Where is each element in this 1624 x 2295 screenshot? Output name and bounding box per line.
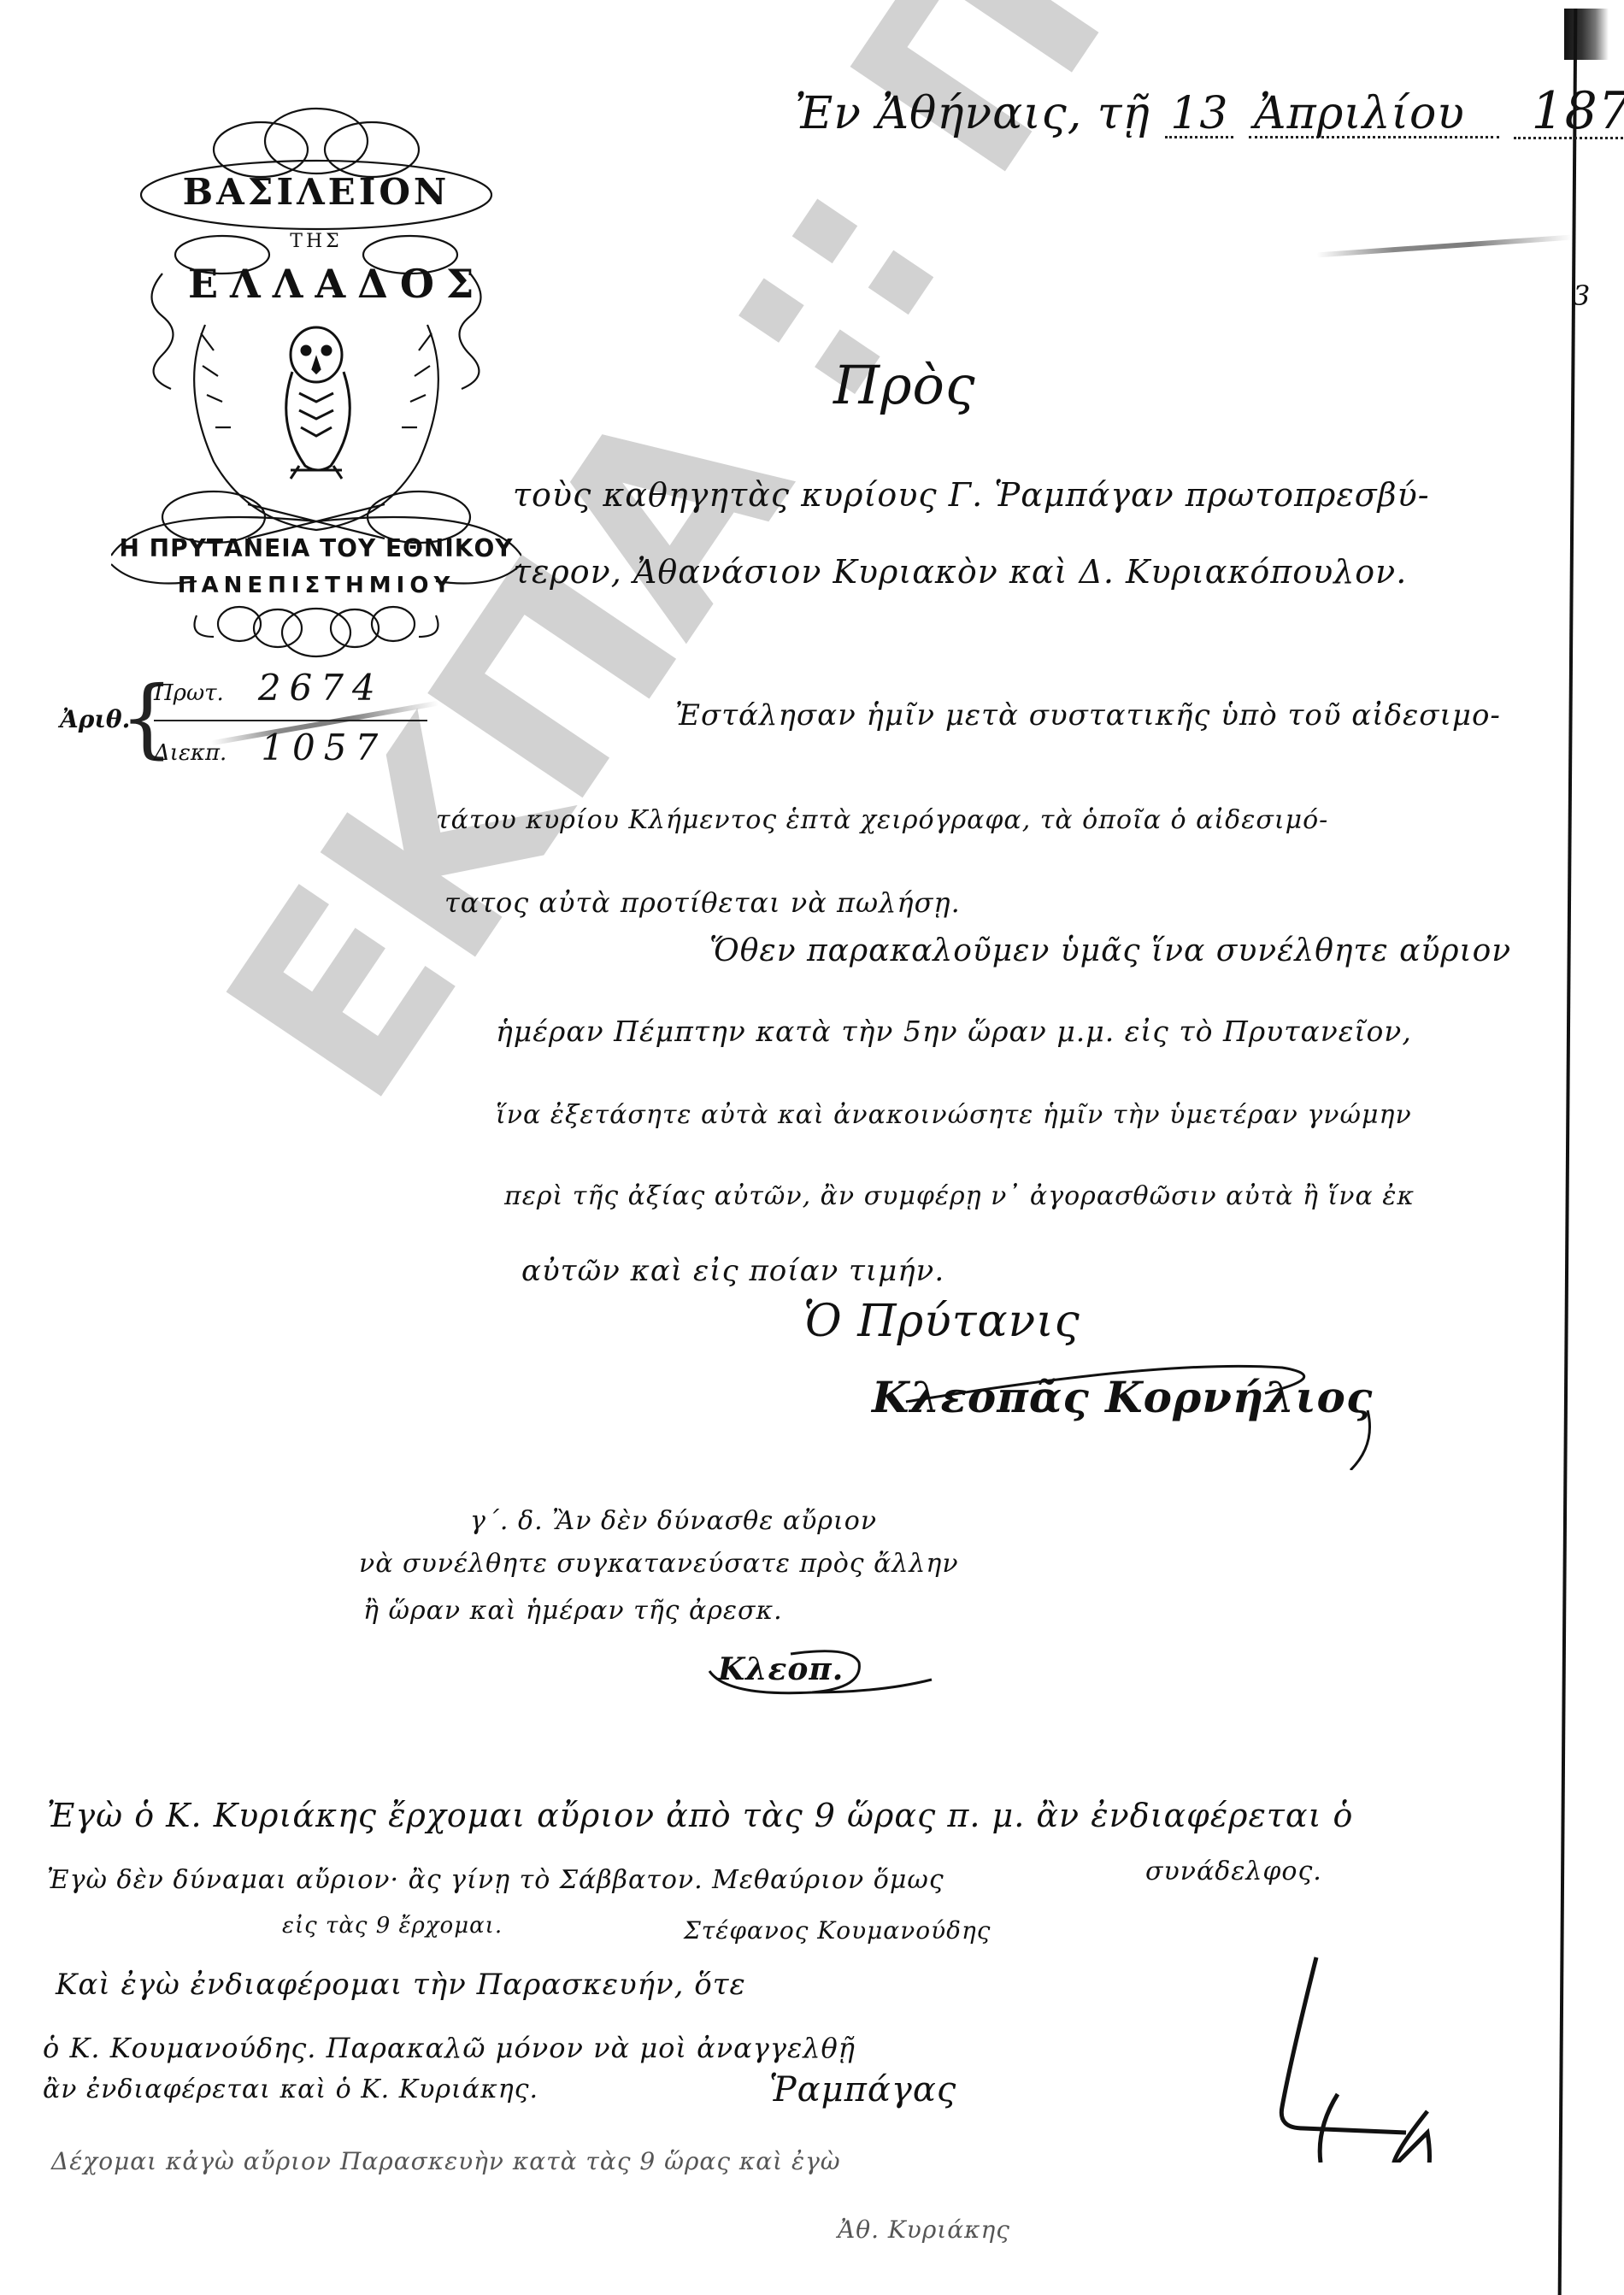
protocol-number-row: Πρωτ.2674 [154, 667, 384, 709]
document-page: ΕΚΠΑ :: Πέργαμος 3 [0, 0, 1624, 2295]
protocol-number: 2674 [258, 667, 384, 709]
diekp-number-row: Διεκπ.1057 [154, 727, 386, 768]
note-1-signature: Στέφανος Κουμανούδης [684, 1919, 991, 1943]
addressee-line-2: τερον, Ἀθανάσιον Κυριακὸν καὶ Δ. Κυριακό… [513, 556, 1407, 588]
protocol-label: Πρωτ. [154, 680, 224, 706]
body-line-8: αὐτῶν καὶ εἰς ποίαν τιμήν. [521, 1256, 944, 1286]
note-2-line-1: Καὶ ἐγὼ ἐνδιαφέρομαι τὴν Παρασκευήν, ὅτε [56, 1970, 746, 1999]
page-edge-line [1558, 9, 1578, 2295]
initials-flourish-icon [701, 1637, 940, 1705]
note-1-line-4: συνάδελφος. [1145, 1859, 1322, 1885]
date-month: Ἀπριλίου [1249, 91, 1499, 138]
note-2-line-2: ὁ Κ. Κουμανούδης. Παρακαλῶ μόνον νὰ μοὶ … [43, 2034, 856, 2062]
institution-line-1: Η ΠΡΥΤΑΝΕΙΑ ΤΟΥ ΕΘΝΙΚΟΥ [111, 534, 521, 562]
diekp-label: Διεκπ. [154, 740, 227, 766]
body-line-4: Ὅθεν παρακαλοῦμεν ὑμᾶς ἵνα συνέλθητε αὔρ… [709, 936, 1511, 967]
note-2-signature: Ῥαμπάγας [769, 2073, 956, 2107]
signature-flourish-icon [889, 1359, 1402, 1470]
signature-title: Ὁ Πρύτανις [803, 1299, 1080, 1344]
note-1-line-2: Ἐγὼ δὲν δύναμαι αὔριον· ἂς γίνῃ τὸ Σάββα… [47, 1868, 944, 1893]
note-2-line-3: ἂν ἐνδιαφέρεται καὶ ὁ Κ. Κυριάκης. [43, 2077, 538, 2103]
owl-icon [256, 316, 376, 487]
body-line-5: ἡμέραν Πέμπτην κατὰ τὴν 5ην ὥραν μ.μ. εἰ… [496, 1017, 1412, 1045]
ink-smudge [1316, 235, 1573, 258]
note-3-signature: Ἀθ. Κυριάκης [838, 2218, 1010, 2242]
page-number-49 [1231, 1940, 1453, 2163]
scan-edge-shadow [1564, 9, 1609, 60]
date-day: 13 [1165, 91, 1233, 138]
date-line: Ἐν Ἀθήναις, τῇ 13 Ἀπριλίου 1873 [795, 85, 1624, 139]
body-line-6: ἵνα ἐξετάσητε αὐτὰ καὶ ἀνακοινώσητε ἡμῖν… [496, 1103, 1412, 1128]
annotation-middle-line-2: νὰ συνέλθητε συγκατανεύσατε πρὸς ἄλλην [359, 1551, 959, 1577]
body-line-7: περὶ τῆς ἀξίας αὐτῶν, ἂν συμφέρῃ ν᾽ ἀγορ… [504, 1184, 1415, 1209]
annotation-middle-line-3: ἢ ὥραν καὶ ἡμέραν τῆς ἀρεσκ. [363, 1598, 783, 1624]
diekp-number: 1057 [261, 727, 386, 768]
letterhead-title: ΒΑΣΙΛΕΙΟΝ [171, 171, 462, 213]
addressee-salutation: Πρὸς [833, 359, 976, 412]
institution-line-2: ΠΑΝΕΠΙΣΤΗΜΙΟΥ [111, 573, 521, 598]
annotation-middle-line-1: γ΄. δ. Ἂν δὲν δύνασθε αὔριον [470, 1509, 877, 1534]
note-3-line-1: Δέχομαι κἀγὼ αὔριον Παρασκευὴν κατὰ τὰς … [51, 2150, 841, 2174]
date-year: 1873 [1514, 85, 1624, 139]
letterhead-article: ΤΗΣ [256, 231, 376, 252]
letterhead-country: ΕΛΛΑΔΟΣ [188, 261, 444, 307]
body-line-2: τάτου κυρίου Κλήμεντος ἑπτὰ χειρόγραφα, … [436, 808, 1328, 833]
note-1-line-1: Ἐγὼ ὁ Κ. Κυριάκης ἔρχομαι αὔριον ἀπὸ τὰς… [47, 1799, 1353, 1832]
addressee-line-1: τοὺς καθηγητὰς κυρίους Γ. Ῥαμπάγαν πρωτο… [513, 479, 1430, 511]
letterhead: ΒΑΣΙΛΕΙΟΝ ΤΗΣ ΕΛΛΑΔΟΣ Η ΠΡΥΤΑΝΕΙΑ ΤΟΥ ΕΘ… [111, 43, 521, 667]
note-1-line-3: εἰς τὰς 9 ἔρχομαι. [282, 1915, 503, 1937]
body-line-1: Ἐστάλησαν ἡμῖν μετὰ συστατικῆς ὑπὸ τοῦ α… [675, 701, 1501, 730]
reference-divider [154, 720, 427, 721]
reference-numbers: Ἀριθ. { Πρωτ.2674 Διεκπ.1057 [60, 667, 419, 769]
date-place: Ἐν Ἀθήναις, τῇ [795, 88, 1150, 139]
margin-mark: 3 [1573, 282, 1591, 309]
body-line-3: τατος αὐτὰ προτίθεται νὰ πωλήσῃ. [444, 889, 961, 916]
